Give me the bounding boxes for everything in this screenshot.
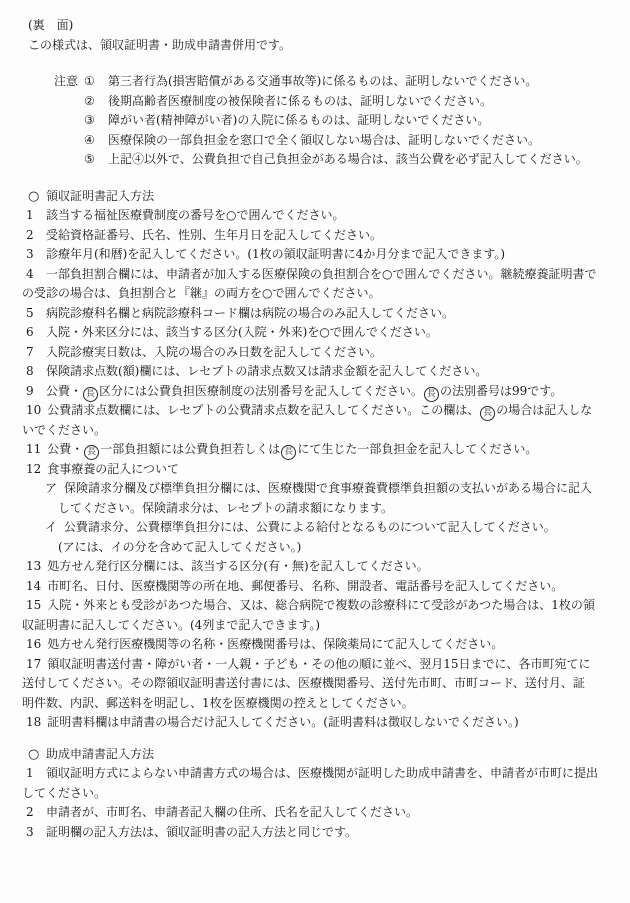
document-page: (裏 面)この様式は、領収証明書・助成申請書併用です。 注意①第三者行為(損害賠… bbox=[0, 0, 630, 903]
list-item: 11公費・長一部負担額には公費負担若しくは長にて生じた一部負担金を記入してくださ… bbox=[26, 440, 630, 460]
note-item: ③障がい者(精神障がい者)の入院に係るものは、証明しないでください。 bbox=[54, 111, 630, 131]
section-title: 領収証明書記入方法 bbox=[46, 189, 154, 203]
note-number: ③ bbox=[84, 111, 108, 131]
spacer bbox=[0, 733, 630, 745]
sub-list-item: イ公費請求分、公費標準負担分には、公費による給付となるものについて記入してくださ… bbox=[45, 518, 630, 538]
item-number: 9 bbox=[26, 382, 40, 402]
list-item: 1領収証明方式によらない申請書方式の場合は、医療機関が証明した助成申請書を、申請… bbox=[26, 764, 630, 784]
spacer bbox=[0, 170, 630, 187]
item-number: 1 bbox=[26, 206, 40, 226]
item-number: 11 bbox=[26, 440, 41, 460]
sub-list-item-continuation: (アには、イの分を含めて記入してください。) bbox=[58, 538, 630, 558]
list-item: 12食事療養の記入について bbox=[26, 460, 630, 480]
note-label: 注意 bbox=[54, 72, 84, 92]
item-number: 10 bbox=[26, 401, 41, 421]
section-heading: ○助成申請書記入方法 bbox=[28, 745, 630, 765]
circled-kanji-icon: 長 bbox=[281, 445, 296, 460]
item-number: 18 bbox=[26, 713, 41, 733]
list-item: 10公費請求点数欄には、レセプトの公費請求点数を記入してください。この欄は、長の… bbox=[26, 401, 630, 421]
list-item: 13処方せん発行区分欄には、該当する区分(有・無)を記入してください。 bbox=[26, 557, 630, 577]
list-item: 8保険請求点数(額)欄には、レセプトの請求点数又は請求金額を記入してください。 bbox=[26, 362, 630, 382]
item-number: 1 bbox=[26, 764, 40, 784]
page-header: (裏 面)この様式は、領収証明書・助成申請書併用です。 bbox=[0, 16, 630, 55]
note-number: ② bbox=[84, 92, 108, 112]
circled-kanji-icon: 長 bbox=[83, 387, 98, 402]
list-item: 16処方せん発行医療機関等の名称・医療機関番号は、保険薬局にて記入してください。 bbox=[26, 635, 630, 655]
item-number: 2 bbox=[26, 803, 40, 823]
list-item: 2受給資格証番号、氏名、性別、生年月日を記入してください。 bbox=[26, 226, 630, 246]
item-number: 4 bbox=[26, 265, 40, 285]
list-item: 4一部負担割合欄には、申請者が加入する医療保険の負担割合を○で囲んでください。継… bbox=[26, 265, 630, 285]
list-item: 7入院診療実日数は、入院の場合のみ日数を記入してください。 bbox=[26, 343, 630, 363]
item-number: 5 bbox=[26, 304, 40, 324]
item-number: 17 bbox=[26, 655, 41, 675]
item-number: 3 bbox=[26, 245, 40, 265]
list-item: 3診療年月(和暦)を記入してください。(1枚の領収証明書に4か月分まで記入できま… bbox=[26, 245, 630, 265]
list-item: 1該当する福祉医療費制度の番号を○で囲んでください。 bbox=[26, 206, 630, 226]
list-item: 6入院・外来区分には、該当する区分(入院・外来)を○で囲んでください。 bbox=[26, 323, 630, 343]
list-item: 3証明欄の記入方法は、領収証明書の記入方法と同じです。 bbox=[26, 823, 630, 843]
item-number: 6 bbox=[26, 323, 40, 343]
list-item: 14市町名、日付、医療機関等の所在地、郵便番号、名称、開設者、電話番号を記入して… bbox=[26, 577, 630, 597]
note-number: ① bbox=[84, 72, 108, 92]
section-title: 助成申請書記入方法 bbox=[46, 747, 154, 761]
list-item: 15入院・外来とも受診があつた場合、又は、総合病院で複数の診療科にて受診があつた… bbox=[26, 596, 630, 616]
note-item: ②後期高齢者医療制度の被保険者に係るものは、証明しないでください。 bbox=[54, 92, 630, 112]
section-marker-icon: ○ bbox=[28, 187, 46, 207]
item-number: 14 bbox=[26, 577, 41, 597]
note-number: ④ bbox=[84, 131, 108, 151]
list-item-continuation: してください。 bbox=[22, 784, 630, 804]
header-line: (裏 面) bbox=[28, 16, 630, 36]
sub-list-item: ア保険請求分欄及び標準負担分欄には、医療機関で食事療養費標準負担額の支払いがある… bbox=[45, 479, 630, 499]
section-heading: ○領収証明書記入方法 bbox=[28, 187, 630, 207]
list-item-continuation: 収証明書に記入してください。(4列まで記入できます。) bbox=[22, 616, 630, 636]
circled-kanji-icon: 長 bbox=[424, 387, 439, 402]
circled-kanji-icon: 長 bbox=[84, 445, 99, 460]
list-item-continuation: の受診の場合は、負担割合と『継』の両方を○で囲んでください。 bbox=[22, 284, 630, 304]
item-number: 16 bbox=[26, 635, 41, 655]
notes-block: 注意①第三者行為(損害賠償がある交通事故等)に係るものは、証明しないでください。… bbox=[0, 72, 630, 170]
item-number: 3 bbox=[26, 823, 40, 843]
list-item: 5病院診療科名欄と病院診療科コード欄は病院の場合のみ記入してください。 bbox=[26, 304, 630, 324]
list-item-continuation: 送付してください。その際領収証明書送付書には、医療機関番号、送付先市町、市町コー… bbox=[22, 674, 630, 694]
sub-item-letter: イ bbox=[45, 518, 64, 538]
header-line: この様式は、領収証明書・助成申請書併用です。 bbox=[28, 36, 630, 56]
item-number: 7 bbox=[26, 343, 40, 363]
item-number: 12 bbox=[26, 460, 41, 480]
list-item: 17領収証明書送付書・障がい者・一人親・子ども・その他の順に並べ、翌月15日まで… bbox=[26, 655, 630, 675]
note-item: ⑤上記④以外で、公費負担で自己負担金がある場合は、該当公費を必ず記入してください… bbox=[54, 150, 630, 170]
sections-container: ○領収証明書記入方法1該当する福祉医療費制度の番号を○で囲んでください。2受給資… bbox=[0, 187, 630, 843]
spacer bbox=[0, 55, 630, 72]
circled-kanji-icon: 長 bbox=[480, 406, 495, 421]
sub-item-letter: ア bbox=[45, 479, 64, 499]
note-item: 注意①第三者行為(損害賠償がある交通事故等)に係るものは、証明しないでください。 bbox=[54, 72, 630, 92]
section-marker-icon: ○ bbox=[28, 745, 46, 765]
item-number: 8 bbox=[26, 362, 40, 382]
item-number: 15 bbox=[26, 596, 41, 616]
list-item-continuation: いでください。 bbox=[22, 421, 630, 441]
list-item: 18証明書料欄は申請書の場合だけ記入してください。(証明書料は徴収しないでくださ… bbox=[26, 713, 630, 733]
note-number: ⑤ bbox=[84, 150, 108, 170]
sub-list-item-continuation: してください。保険請求分は、レセプトの請求額になります。 bbox=[58, 499, 630, 519]
list-item-continuation: 明件数、内訳、郵送料を明記し、1枚を医療機関の控えとしてください。 bbox=[22, 694, 630, 714]
list-item: 9公費・長区分には公費負担医療制度の法別番号を記入してください。長の法別番号は9… bbox=[26, 382, 630, 402]
list-item: 2申請者が、市町名、申請者記入欄の住所、氏名を記入してください。 bbox=[26, 803, 630, 823]
item-number: 13 bbox=[26, 557, 41, 577]
item-number: 2 bbox=[26, 226, 40, 246]
note-item: ④医療保険の一部負担金を窓口で全く領収しない場合は、証明しないでください。 bbox=[54, 131, 630, 151]
